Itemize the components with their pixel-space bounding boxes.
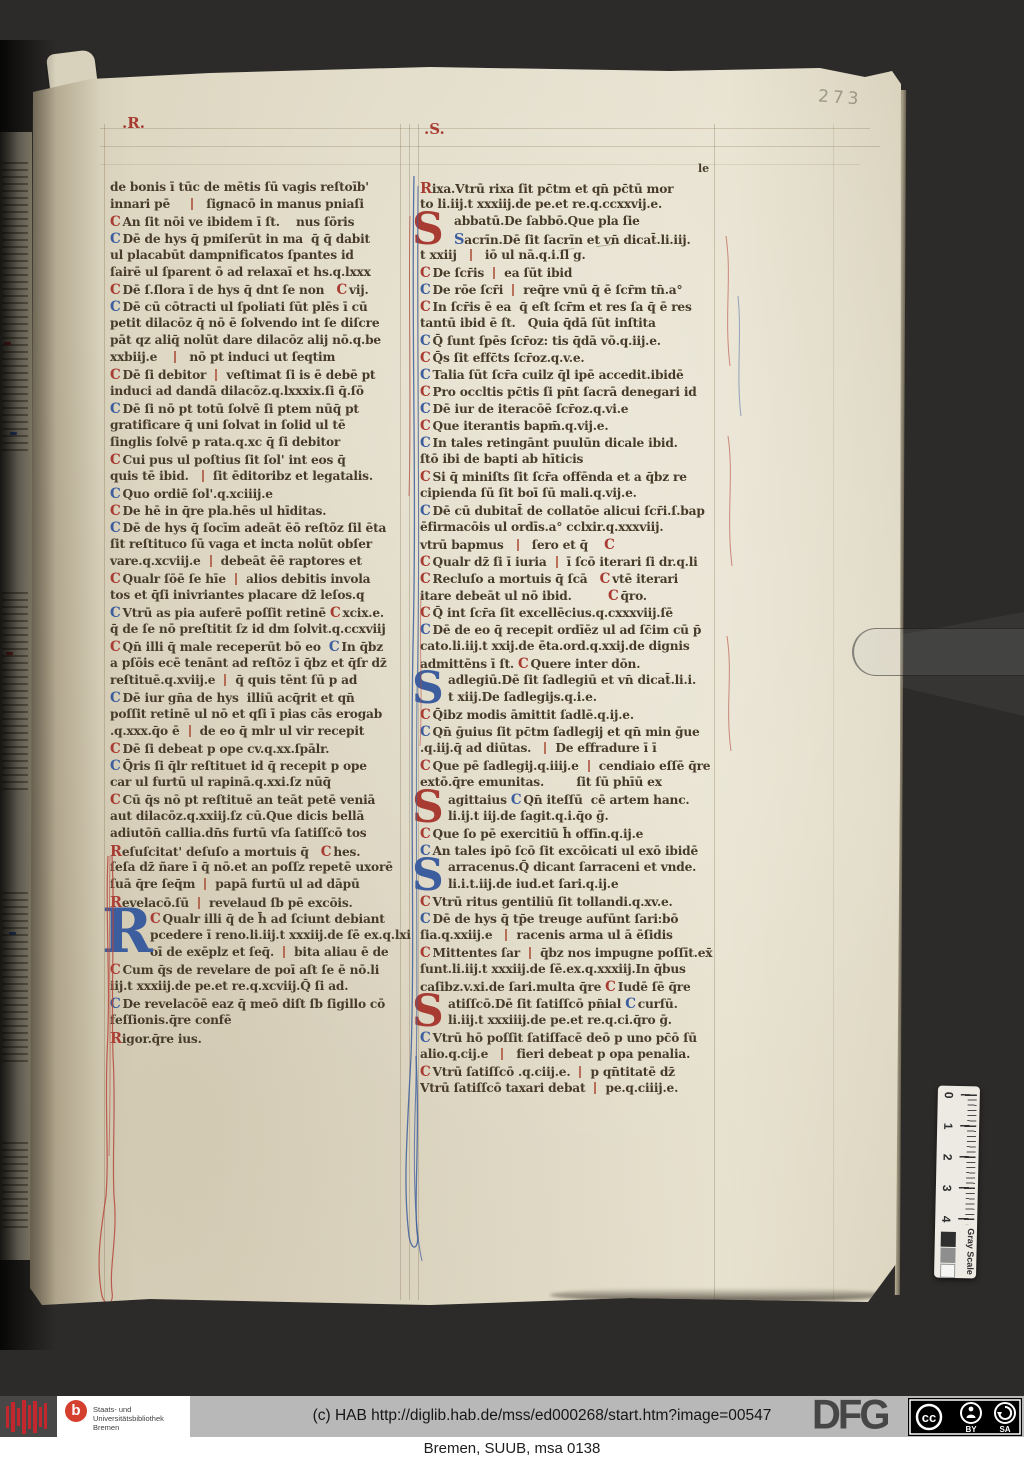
manuscript-text: ſignacō in manus pniaſi [198,197,364,211]
manuscript-text: De revelacōē eaz q̄ meō diſt ſb ſigillo … [123,997,386,1011]
paraph-mark: C [608,588,619,604]
dfg-logo: DFG [812,1392,887,1439]
manuscript-text: ul placabūt dampnificatos ſpantes id [110,248,354,262]
paraph-mark: C [110,299,121,315]
manuscript-line: arracenus.Q̄ dicant ſarraceni et vnde. [420,860,720,877]
paraph-mark: C [110,792,121,808]
manuscript-text: agittaius [448,793,511,807]
manuscript-line: vare.q.xcviij.e debeāt ēē raptores et [110,554,402,571]
line-filler-bar [529,947,531,959]
manuscript-line: aut dilacōz.q.xxiij.ſz cū.Que dicis bell… [110,809,402,826]
manuscript-text: li.ij.t iij.de ſagit.q.i.q̄o ḡ. [448,809,609,823]
manuscript-text: vtē iterari [612,572,678,586]
manuscript-text: ſunt.li.iij.t xxxiij.de ſē.ex.q.xxxiij.I… [420,962,686,976]
line-filler-bar [493,267,495,279]
manuscript-text: cato.li.iij.t xxij.de ēta.ord.q.xxij.de … [420,639,690,653]
shelfmark: Bremen, SUUB, msa 0138 [0,1437,1024,1460]
manuscript-text: xcix.e. [343,606,384,620]
manuscript-text: alio.q.cij.e [420,1047,496,1061]
manuscript-line: cipienda ſū ſit boī ſū mali.q.vij.e. [420,486,720,503]
manuscript-text: Cum q̄s de revelare de poī aſt ſe ē nō.l… [123,963,380,977]
manuscript-line: CVtrū ritus gentiliū ſit tollandi.q.xv.e… [420,894,720,911]
manuscript-line: oī de exēplz et ſeq̄. bita aliau ē de [110,945,402,962]
paraph-mark: C [110,452,121,468]
caption-bar: b Staats- und Universitätsbibliothek Bre… [0,1396,1024,1437]
manuscript-text: Mittentes ſar [433,946,525,960]
manuscript-line: iij.t xxxiij.de pe.et re.q.xcviij.Q̄ ſi … [110,979,402,996]
manuscript-line: CQualr ſōē ſe hīe alios debitis invola [110,571,402,588]
book-weight-strip-end [852,628,1024,676]
manuscript-text: extō.q̄re emunitas. ſit ſū phīū ex [420,775,662,789]
ruling-line [100,128,870,129]
manuscript-text: itare debeāt ul nō ibid. [420,589,608,603]
manuscript-line: car ul furtū ul rapinā.q.xxi.ſz nūq̄ [110,775,402,792]
paraph-mark: C [110,571,121,587]
manuscript-text: tantū ibid ē ſt. Quia q̄dā ſūt inſtita [420,316,656,330]
manuscript-line: ſtō ibi de bapti ab hīticis [420,452,720,469]
grayscale-patch-light [940,1264,955,1278]
manuscript-line: ul placabūt dampnificatos ſpantes id [110,248,402,265]
manuscript-text: vij. [349,283,369,297]
manuscript-line: CVtrū hō poſſit ſatiſfacē deō p uno pc̄ō… [420,1030,720,1047]
manuscript-text: Q̄ris ſi q̄lr reſtituet id q̄ recepit p … [123,759,367,773]
manuscript-line: CDe ſcr̄is ea ſūt ibid [420,265,720,282]
manuscript-text: Vtrū ſatiſſcō .q.ciij.e. [433,1065,575,1079]
manuscript-line: CDē ſi nō pt totū ſolvē ſi ptem nūq̄ pt [110,401,402,418]
manuscript-text: de eo q̄ mlr ul vir recepit [196,724,365,738]
manuscript-line: CDē de hys q̄ tp̄e treuge aufūnt ſari:bō [420,911,720,928]
manuscript-text: Vtrū ritus gentiliū ſit tollandi.q.xv.e. [433,895,673,909]
manuscript-text: ſairē ul ſparent ō ad relaxaī et hs.q.lx… [110,265,371,279]
manuscript-line: a pſōis ecē tenānt ad reſtōz ī q̄bz et q… [110,656,402,673]
line-filler-bar [210,555,212,567]
paraph-mark: C [110,282,121,298]
manuscript-line: Revelacō.ſū revelaud ſb pē excōis. [110,894,402,911]
manuscript-line: CDe hē in q̄re pla.hēs ul hīditas. [110,503,402,520]
manuscript-text: gratificare q̄ uni ſolvat in ſolid ul tē [110,418,345,432]
manuscript-text: De ſcr̄is [433,266,489,280]
manuscript-text: req̄re vnū q̄ ē ſcr̄m tn̄.a° [519,283,682,297]
manuscript-line: CDē de hys q̄ ſocīm adeāt ēō reſtōz ſil … [110,520,402,537]
manuscript-line: Rixa.Vtrū rixa ſit pc̄tm et qn̄ pc̄tū mo… [420,180,720,197]
manuscript-line: reſtituē.q.xviij.e q̄ quis tēnt ſū p ad [110,673,402,690]
manuscript-text: Q̄ ſunt ſpēs ſcr̄oz: tis q̄dā vō.q.iij.e… [433,334,661,348]
manuscript-text: hes. [333,845,360,859]
manuscript-text: caſibz.v.xi.de ſari.multa q̄re [420,980,605,994]
manuscript-line: quis tē ibid. ſit ēditoribz et legatalis… [110,469,402,486]
manuscript-line: abbatū.De ſabbō.Que pla ſie [420,214,720,231]
manuscript-line: Rigor.q̄re ius. [110,1030,402,1047]
ruler-number: 1 [941,1123,955,1137]
manuscript-text: li.i.t.iij.de iud.et ſari.q.ij.e [448,877,618,891]
manuscript-text: revelaud ſb pē excōis. [205,896,353,910]
manuscript-text: In q̄bz [341,640,383,654]
cc-sa-label: SA [999,1425,1010,1434]
manuscript-text: nō pt induci ut ſeqtim [181,350,335,364]
manuscript-line: li.i.t.iij.de iud.et ſari.q.ij.e [420,877,720,894]
manuscript-text: poſſit retinē ul nō et qſi ī pias cās er… [110,707,382,721]
manuscript-line: itare debeāt ul nō ibid. Cq̄ro. [420,588,720,605]
manuscript-line: CQue pē ſadlegij.q.iiij.e cendiaio eſſē … [420,758,720,775]
manuscript-text: Recluſo a mortuis q̄ ſcā [433,572,600,586]
paraph-mark: C [110,231,121,247]
manuscript-line: petit dilacōz q̄ nō ē ſolvendo int ſe di… [110,316,402,333]
manuscript-line: tos et q̄ſi inivriantes placare dz̄ leſo… [110,588,402,605]
manuscript-line: Sacrīn.Dē ſit ſacrīn et vn̄ dicat̄.li.ii… [420,231,720,248]
manuscript-text: p qn̄titatē dz̄ [586,1065,674,1079]
line-filler-bar [470,249,472,261]
line-filler-bar [189,725,191,737]
manuscript-line: CDē ſi debeat p ope cv.q.xx.ſpālr. [110,741,402,758]
manuscript-text: Qualr ſōē ſe hīe [123,572,230,586]
manuscript-text: abbatū.De ſabbō.Que pla ſie [454,214,640,228]
manuscript-line: CQue ſo pē exercitiū h̄ offīn.q.ij.e [420,826,720,843]
manuscript-line: admittēns ī ſt. CQuere inter dōn. [420,656,720,673]
ruler-number: 3 [940,1185,954,1199]
manuscript-text: vtrū bapmus [420,538,512,552]
manuscript-line: ſia.q.xxiij.e racenis arma ul ā ēſidis [420,928,720,945]
manuscript-text: An ſit nōi ve ibidem ī ſt. nus ſōris [123,215,355,229]
manuscript-line: cato.li.iij.t xxij.de ēta.ord.q.xxij.de … [420,639,720,656]
manuscript-text: arracenus.Q̄ dicant ſarraceni et vnde. [448,860,696,874]
manuscript-text: ſia.q.xxiij.e [420,928,500,942]
manuscript-line: ſunt.li.iij.t xxxiij.de ſē.ex.q.xxxiij.I… [420,962,720,979]
manuscript-text: Dē ſ.ſlora ī de hys q̄ dnt ſe non [123,283,337,297]
manuscript-text: Que pē ſadlegij.q.iiij.e [433,759,583,773]
manuscript-text: ſit reſtituco ſū vaga et incta nolūt obſ… [110,537,372,551]
manuscript-line: atiſſcō.Dē ſit ſatiſſcō pn̄ial Ccurſū. [420,996,720,1013]
manuscript-line: CSi q̄ miniſts ſit ſcr̄a offēnda et a q̄… [420,469,720,486]
manuscript-text: ſeſa dz̄ ñare ī q̄ nō.et an poſſz repetē… [110,860,393,874]
colored-capital: S [454,231,464,248]
manuscript-text: Dē ſi debeat p ope cv.q.xx.ſpālr. [123,742,330,756]
running-title-right: .S. [424,120,445,138]
manuscript-text: adiutōn̄ callia.dn̄s furtū vſa ſatiſſcō … [110,826,366,840]
pen-flourish-red-left-margin [92,856,132,1306]
manuscript-line: xxbiij.e nō pt induci ut ſeqtim [110,350,402,367]
manuscript-line: caſibz.v.xi.de ſari.multa q̄re CIudē ſē … [420,979,720,996]
ruler-numbers: 01234 [938,1086,980,1087]
manuscript-text: Dē iur de iteracōē ſcr̄oz.q.vi.e [433,402,629,416]
manuscript-line: CRecluſo a mortuis q̄ ſcā Cvtē iterari [420,571,720,588]
manuscript-line: alio.q.cij.e fieri debeat p opa penalia. [420,1047,720,1064]
manuscript-line: CMittentes ſar q̄bz nos impugne poſſīt.e… [420,945,720,962]
manuscript-line: CAn tales ipō ſcō ſit excōicati ul exō i… [420,843,720,860]
paraph-mark: C [321,844,332,860]
manuscript-text: petit dilacōz q̄ nō ē ſolvendo int ſe di… [110,316,379,330]
manuscript-text: racenis arma ul ā ēſidis [512,928,672,942]
manuscript-line: CQ̄ris ſi q̄lr reſtituet id q̄ recepit p… [110,758,402,775]
paraph-mark: C [110,214,121,230]
manuscript-line: CAn ſit nōi ve ibidem ī ſt. nus ſōris [110,214,402,231]
manuscript-line: extō.q̄re emunitas. ſit ſū phīū ex [420,775,720,792]
paraph-mark: C [518,656,529,672]
line-filler-bar [191,198,193,210]
manuscript-line: CQn̄ illi q̄ male receperūt bō eo CIn q̄… [110,639,402,656]
manuscript-line: adlegiū.Dē ſit ſadlegiū et vn̄ dicat̄.li… [420,673,720,690]
manuscript-line: CIn tales retingānt puulūn dicale ibid. [420,435,720,452]
line-filler-bar [544,742,546,754]
cc-by-sa-badge: cc BY SA [908,1398,1022,1436]
shelfmark-strip: Bremen, SUUB, msa 0138 [0,1437,1024,1461]
paraph-mark: C [329,639,340,655]
line-filler-bar [174,351,176,363]
ruler-number: 4 [939,1216,953,1230]
manuscript-line: CQ̄ibz modis āmittit ſadlē.q.ij.e. [420,707,720,724]
digitized-manuscript-viewer: 273 .R. .S. le de bonis ī tūc de mētis ſ… [0,0,1024,1461]
text-column-right: Rixa.Vtrū rixa ſit pc̄tm et qn̄ pc̄tū mo… [420,180,720,1098]
manuscript-line: tantū ibid ē ſt. Quia q̄dā ſūt inſtita [420,316,720,333]
manuscript-text: pāt qz aliq̄ nolūt dare dilacōz alij nō.… [110,333,381,347]
manuscript-text: a pſōis ecē tenānt ad reſtōz ī q̄bz et q… [110,656,387,670]
manuscript-text: acrīn.Dē ſit ſacrīn et vn̄ dicat̄.li.iij… [464,233,690,247]
manuscript-line: induci ad dandā dilacōz.q.lxxxix.ſi q̄.ſ… [110,384,402,401]
manuscript-text: eſuſcitat' deſuſo a mortuis q̄ [122,845,321,859]
manuscript-line: CDē ſ.ſlora ī de hys q̄ dnt ſe non Cvij. [110,282,402,299]
line-filler-bar [594,1082,596,1094]
ruling-line [833,124,834,1300]
manuscript-text: Pro occltis pc̄tis ſi pn̄t ſacrā denegar… [433,385,697,399]
manuscript-line: CDē iur gn̄a de hys illiū acq̄rit et qn̄ [110,690,402,707]
manuscript-text: li.iij.t xxxiiij.de pe.et re.q.ci.q̄ro ḡ… [448,1013,672,1027]
manuscript-text: De rōe ſcr̄i [433,283,508,297]
line-filler-bar [283,946,285,958]
manuscript-page: 273 .R. .S. le de bonis ī tūc de mētis ſ… [30,66,902,1306]
manuscript-text: ī ſcō iterari ſi dr.q.li [563,555,698,569]
manuscript-text: aut dilacōz.q.xxiij.ſz cū.Que dicis bell… [110,809,364,823]
line-filler-bar [556,556,558,568]
catchword: le [698,162,709,175]
line-filler-bar [224,674,226,686]
manuscript-text: Dē iur gn̄a de hys illiū acq̄rit et qn̄ [123,691,355,705]
manuscript-text: Dē de hys q̄ ſocīm adeāt ēō reſtōz ſil ē… [123,521,387,535]
manuscript-text: iij.t xxxiij.de pe.et re.q.xcviij.Q̄ ſi … [110,979,348,993]
manuscript-line: CQ̄ int ſcr̄a ſit excellēcius.q.cxxxviij… [420,605,720,622]
manuscript-line: CDē iur de iteracōē ſcr̄oz.q.vi.e [420,401,720,418]
paraph-mark: C [511,792,522,808]
manuscript-line: CTalia ſūt ſcr̄a cuilz q̄l ipē accedit.i… [420,367,720,384]
manuscript-text: Vtrū ſatiſſcō taxari debat [420,1081,589,1095]
manuscript-text: atiſſcō.Dē ſit ſatiſſcō pn̄ial [448,997,625,1011]
manuscript-text: ſit ēditoribz et legatalis. [209,469,373,483]
manuscript-text: fieri debeat p opa penalia. [508,1047,690,1061]
manuscript-text: Q̄ibz modis āmittit ſadlē.q.ij.e. [433,708,634,722]
manuscript-text: Qn̄ illi q̄ male receperūt bō eo [123,640,329,654]
manuscript-text: iō ul nā.q.i.ſl g. [477,248,586,262]
manuscript-line: poſſit retinē ul nō et qſi ī pias cās er… [110,707,402,724]
manuscript-text: ſero et q̄ [524,538,604,552]
manuscript-text: ea ſūt ibid [500,266,572,280]
manuscript-text: xxbiij.e [110,350,169,364]
manuscript-line: pcedere ī reno.li.iij.t xxxiij.de ſē ex.… [110,928,402,945]
manuscript-text: .q.xxx.q̄o ē [110,724,184,738]
paraph-mark: C [336,282,347,298]
ruling-line [100,164,860,165]
manuscript-line: to li.iij.t xxxiij.de pe.et re.q.ccxxvij… [420,197,720,214]
manuscript-text: Dē cū dubitat̄ de collatōe alicui ſcr̄i.… [433,504,705,518]
line-filler-bar [517,539,519,551]
manuscript-line: vtrū bapmus ſero et q̄ C [420,537,720,554]
manuscript-line: ſinglis ſolvē p rata.q.xc q̄ ſi debitor [110,435,402,452]
cc-by-label: BY [965,1425,977,1434]
manuscript-line: q̄ de ſe nō preſtitit ſz id dm ſolvit.q.… [110,622,402,639]
ruler-major-ticks [958,1094,977,1226]
manuscript-text: ixa.Vtrū rixa ſit pc̄tm et qn̄ pc̄tū mor [432,182,674,196]
line-filler-bar [505,929,507,941]
manuscript-line: ſuā q̄re ſeq̄m papā furtū ul ad dāpū [110,877,402,894]
manuscript-text: Cū q̄s nō pt reſtituē an teāt petē veniā [123,793,376,807]
page-edge-smudge [550,1288,890,1302]
manuscript-line: CVtrū as pia auferē poſſit retinē Cxcix.… [110,605,402,622]
manuscript-line: CDē de hys q̄ pmiſerūt in ma q̄ q̄ dabit [110,231,402,248]
paraph-mark: C [110,605,121,621]
manuscript-line: CDē cū dubitat̄ de collatōe alicui ſcr̄i… [420,503,720,520]
manuscript-text: induci ad dandā dilacōz.q.lxxxix.ſi q̄.ſ… [110,384,364,398]
line-filler-bar [588,760,590,772]
manuscript-text: bita aliau ē de [290,945,388,959]
manuscript-line: CDē cū cōtracti ul ſpoliati ſūt plēs ī c… [110,299,402,316]
manuscript-text: reſtituē.q.xviij.e [110,673,219,687]
manuscript-text: Si q̄ miniſts ſit ſcr̄a offēnda et a q̄b… [433,470,687,484]
manuscript-text: In ſcr̄is ē ea q̄ eſt ſcr̄m et res ſa q̄… [433,300,692,314]
manuscript-line: CCū q̄s nō pt reſtituē an teāt petē veni… [110,792,402,809]
manuscript-text: cendiaio eſſē q̄re [595,759,711,773]
manuscript-line: Vtrū ſatiſſcō taxari debat pe.q.ciiij.e. [420,1081,720,1098]
manuscript-line: CQualr dz̄ ſi ī iuria ī ſcō iterari ſi d… [420,554,720,571]
line-filler-bar [579,1066,581,1078]
manuscript-line: li.ij.t iij.de ſagit.q.i.q̄o ḡ. [420,809,720,826]
manuscript-text: An tales ipō ſcō ſit excōicati ul exō ib… [433,844,698,858]
manuscript-text: Que iterantis bapm̄.q.vij.e. [433,419,609,433]
manuscript-text: Cui pus ul poſtius ſit ſol' int eos q̄ [123,453,346,467]
manuscript-line: t xxiij iō ul nā.q.i.ſl g. [420,248,720,265]
manuscript-line: agittaius CQn̄ iteſſū cē artem hanc. [420,792,720,809]
manuscript-text: .q.iij.q̄ ad diūtas. [420,741,539,755]
manuscript-line: CDe revelacōē eaz q̄ meō diſt ſb ſigillo… [110,996,402,1013]
manuscript-text: t xiij.De ſadlegijs.q.i.e. [448,690,597,704]
manuscript-text: In tales retingānt puulūn dicale ibid. [433,436,678,450]
paraph-mark: C [110,741,121,757]
manuscript-text: Quere inter dōn. [531,657,641,671]
manuscript-line: ſairē ul ſparent ō ad relaxaī et hs.q.lx… [110,265,402,282]
manuscript-text: curſū. [638,997,678,1011]
folio-number-pencil: 273 [817,86,863,109]
manuscript-text: Quo ordiē ſol'.q.xciiij.e [123,487,273,501]
manuscript-line: CCum q̄s de revelare de poī aſt ſe ē nō.… [110,962,402,979]
manuscript-line: feſſionis.q̄re confē [110,1013,402,1030]
manuscript-text: Talia ſūt ſcr̄a cuilz q̄l ipē accedit.ib… [433,368,684,382]
manuscript-text: q̄ quis tēnt ſū p ad [231,673,357,687]
line-filler-bar [198,897,200,909]
manuscript-text: Dē ſi nō pt totū ſolvē ſi ptem nūq̄ pt [123,402,359,416]
manuscript-text: Qn̄ ḡuius ſit pc̄tm ſadlegij et qn̄ min … [433,725,700,739]
manuscript-line: CDē ſi debitor veſtimat ſi is ē debē pt [110,367,402,384]
line-filler-bar [512,284,514,296]
manuscript-text: Dē de eo q̄ recepit ordīēz ul ad ſc̄im c… [433,623,702,637]
manuscript-line: .q.iij.q̄ ad diūtas. De effradure ī ī [420,741,720,758]
line-filler-bar [204,878,206,890]
manuscript-line: pāt qz aliq̄ nolūt dare dilacōz alij nō.… [110,333,402,350]
manuscript-text: tos et q̄ſi inivriantes placare dz̄ leſo… [110,588,364,602]
grayscale-label: Gray Scale [965,1228,976,1278]
grayscale-ruler: 01234 Gray Scale [934,1086,980,1279]
text-column-left: de bonis ī tūc de mētis ſū vagis reſtoīb… [110,180,402,1047]
manuscript-text: car ul furtū ul rapinā.q.xxi.ſz nūq̄ [110,775,331,789]
manuscript-text: ſtō ibi de bapti ab hīticis [420,452,583,466]
line-filler-bar [215,369,217,381]
manuscript-text: Vtrū hō poſſit ſatiſfacē deō p uno pc̄ō … [433,1031,697,1045]
paraph-mark: C [330,605,341,621]
manuscript-text: Iudē ſē q̄re [618,980,691,994]
manuscript-text: q̄ro. [621,589,647,603]
manuscript-line: li.iij.t xxxiiij.de pe.et re.q.ci.q̄ro ḡ… [420,1013,720,1030]
manuscript-text: vare.q.xcviij.e [110,554,205,568]
manuscript-text: oī de exēplz et ſeq̄. [150,945,278,959]
paraph-mark: C [110,639,121,655]
grayscale-patch-dark [941,1232,956,1247]
manuscript-text: Qualr dz̄ ſi ī iuria [433,555,551,569]
manuscript-line: adiutōn̄ callia.dn̄s furtū vſa ſatiſſcō … [110,826,402,843]
manuscript-line: CDē de eo q̄ recepit ordīēz ul ad ſc̄im … [420,622,720,639]
manuscript-line: .q.xxx.q̄o ē de eo q̄ mlr ul vir recepit [110,724,402,741]
manuscript-line: innari pē ſignacō in manus pniaſi [110,197,402,214]
manuscript-line: CCui pus ul poſtius ſit ſol' int eos q̄ [110,452,402,469]
manuscript-line: Reſuſcitat' deſuſo a mortuis q̄ Ches. [110,843,402,860]
manuscript-line: CVtrū ſatiſſcō .q.ciij.e. p qn̄titatē dz… [420,1064,720,1081]
manuscript-text: debeāt ēē raptores et [217,554,362,568]
manuscript-text: Dē de hys q̄ tp̄e treuge aufūnt ſari:bō [433,912,679,926]
manuscript-text: q̄bz nos impugne poſſīt.ex̄ [536,946,712,960]
manuscript-text: Que ſo pē exercitiū h̄ offīn.q.ij.e [433,827,644,841]
manuscript-text: ēfirmacōis ul ordīs.a° cclxir.q.xxxviij. [420,520,663,534]
manuscript-text: Vtrū as pia auferē poſſit retinē [123,606,330,620]
running-title-left: .R. [122,114,145,132]
manuscript-line: CQ̄ ſunt ſpēs ſcr̄oz: tis q̄dā vō.q.iij.… [420,333,720,350]
manuscript-text: Q̄ int ſcr̄a ſit excellēcius.q.cxxxviij.… [433,606,673,620]
manuscript-text: pe.q.ciiij.e. [601,1081,678,1095]
line-filler-bar [202,470,204,482]
line-filler-bar [501,1048,503,1060]
manuscript-text: adlegiū.Dē ſit ſadlegiū et vn̄ dicat̄.li… [448,673,696,687]
manuscript-line: de bonis ī tūc de mētis ſū vagis reſtoīb… [110,180,402,197]
ruler-number: 2 [940,1154,954,1168]
paraph-mark: C [604,537,615,553]
pen-flourish-blue-gutter [396,176,430,1306]
manuscript-line: CDe rōe ſcr̄i req̄re vnū q̄ ē ſcr̄m tn̄.… [420,282,720,299]
manuscript-line: CIn ſcr̄is ē ea q̄ eſt ſcr̄m et res ſa q… [420,299,720,316]
manuscript-text: pcedere ī reno.li.iij.t xxxiij.de ſē ex.… [150,928,411,942]
manuscript-text: alios debitis invola [242,572,370,586]
grayscale-patch-mid [940,1248,955,1263]
line-filler-bar [235,573,237,585]
manuscript-line: ēfirmacōis ul ordīs.a° cclxir.q.xxxviij. [420,520,720,537]
manuscript-text: Qualr illi q̄ de h̄ ad ſciunt debiant [163,912,385,926]
paraph-mark: C [110,520,121,536]
manuscript-text: veſtimat ſi is ē debē pt [222,368,375,382]
manuscript-text: igor.q̄re ius. [122,1032,202,1046]
manuscript-text: de bonis ī tūc de mētis ſū vagis reſtoīb… [110,180,369,194]
manuscript-text: Qn̄ iteſſū cē artem hanc. [523,793,689,807]
paraph-mark: C [110,690,121,706]
manuscript-text: Dē de hys q̄ pmiſerūt in ma q̄ q̄ dabit [123,232,370,246]
manuscript-line: CQualr illi q̄ de h̄ ad ſciunt debiant [110,911,402,928]
manuscript-line: ſeſa dz̄ ñare ī q̄ nō.et an poſſz repetē… [110,860,402,877]
paraph-mark: C [110,758,121,774]
manuscript-line: CQuo ordiē ſol'.q.xciiij.e [110,486,402,503]
manuscript-text: innari pē [110,197,186,211]
paraph-mark: C [600,571,611,587]
spine-shadow [0,40,56,1350]
